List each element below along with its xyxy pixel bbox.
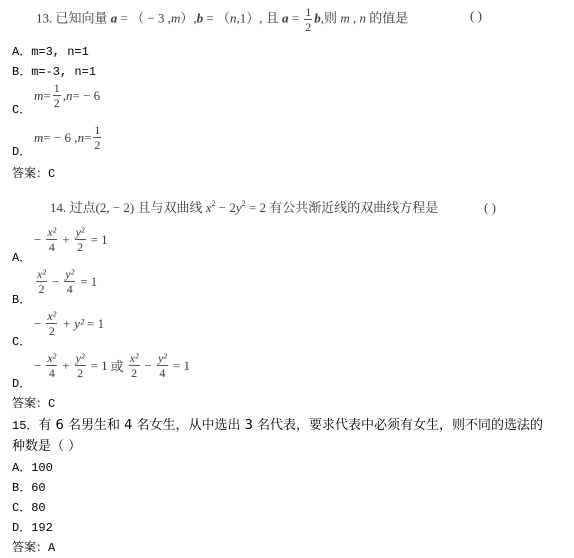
answer-14: 答案：C: [12, 394, 55, 411]
fraction-one-half: 12: [304, 6, 312, 33]
answer-15: 答案：A: [12, 538, 55, 555]
answer-blank: ( ): [470, 6, 482, 26]
question-13-stem: 13. 已知向量 a = （ − 3 ,m）,b = （n,1）, 且 a = …: [36, 6, 408, 32]
answer-13: 答案：C: [12, 164, 55, 181]
question-number: 13.: [36, 10, 52, 25]
fraction-one-half: 12: [53, 82, 61, 109]
answer-blank: ( ): [484, 198, 496, 218]
option-15-b: B．60: [12, 478, 46, 495]
option-15-c: C．80: [12, 498, 46, 515]
question-14-stem: 14. 过点(2, − 2) 且与双曲线 x2 − 2y2 = 2 有公共渐近线…: [50, 198, 438, 218]
option-15-a: A．100: [12, 458, 53, 475]
question-15-stem-line2: 种数是（ ）: [12, 435, 81, 454]
option-13-a: A．m=3, n=1: [12, 42, 89, 59]
option-15-d: D．192: [12, 518, 53, 535]
fraction-one-half: 12: [93, 124, 101, 151]
option-13-b: B．m=-3, n=1: [12, 62, 96, 79]
question-15-stem-line1: 15．有 6 名男生和 4 名女生，从中选出 3 名代表，要求代表中必须有女生，…: [12, 414, 543, 433]
